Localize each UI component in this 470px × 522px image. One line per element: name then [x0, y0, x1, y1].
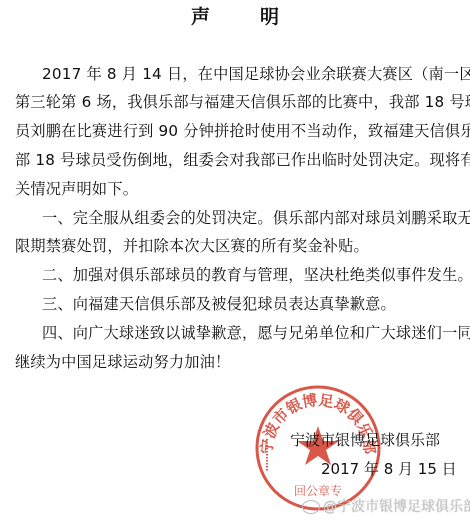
item-3-line-1: 三、向福建天信俱乐部及被侵犯球员表达真挚歉意。: [42, 294, 396, 314]
paragraph-line: 关情况声明如下。: [15, 179, 138, 199]
signature-date: 2017 年 8 月 15 日: [321, 459, 457, 479]
item-1-line-1: 一、完全服从组委会的处罚决定。俱乐部内部对球员刘鹏采取无: [42, 208, 470, 228]
item-4-line-2: 继续为中国足球运动努力加油！: [15, 352, 230, 372]
paragraph-line: 2017 年 8 月 14 日，在中国足球协会业余联赛大赛区（南一区）: [42, 64, 470, 84]
title-char-1: 声: [191, 2, 210, 29]
item-4-line-1: 四、向广大球迷致以诚挚歉意，愿与兄弟单位和广大球迷们一同: [42, 323, 470, 343]
watermark-text: @宁波市银博足球俱乐部: [323, 499, 470, 515]
weibo-watermark: @宁波市银博足球俱乐部: [302, 496, 470, 516]
item-2-line-1: 二、加强对俱乐部球员的教育与管理，坚决杜绝类似事件发生。: [42, 265, 470, 285]
signature-organization: 宁波市银博足球俱乐部: [290, 430, 440, 450]
paragraph-line: 部 18 号球员受伤倒地，组委会对我部已作出临时处罚决定。现将有: [15, 150, 470, 170]
paragraph-line: 员刘鹏在比赛进行到 90 分钟拼抢时使用不当动作，致福建天信俱乐: [15, 121, 470, 141]
weibo-icon: [302, 500, 320, 514]
item-1-line-2: 限期禁赛处罚，并扣除本次大区赛的所有奖金补贴。: [15, 236, 369, 256]
title-char-2: 明: [260, 2, 279, 29]
paragraph-line: 第三轮第 6 场，我俱乐部与福建天信俱乐部的比赛中，我部 18 号球: [15, 92, 470, 112]
document-title: 声明: [0, 2, 470, 29]
